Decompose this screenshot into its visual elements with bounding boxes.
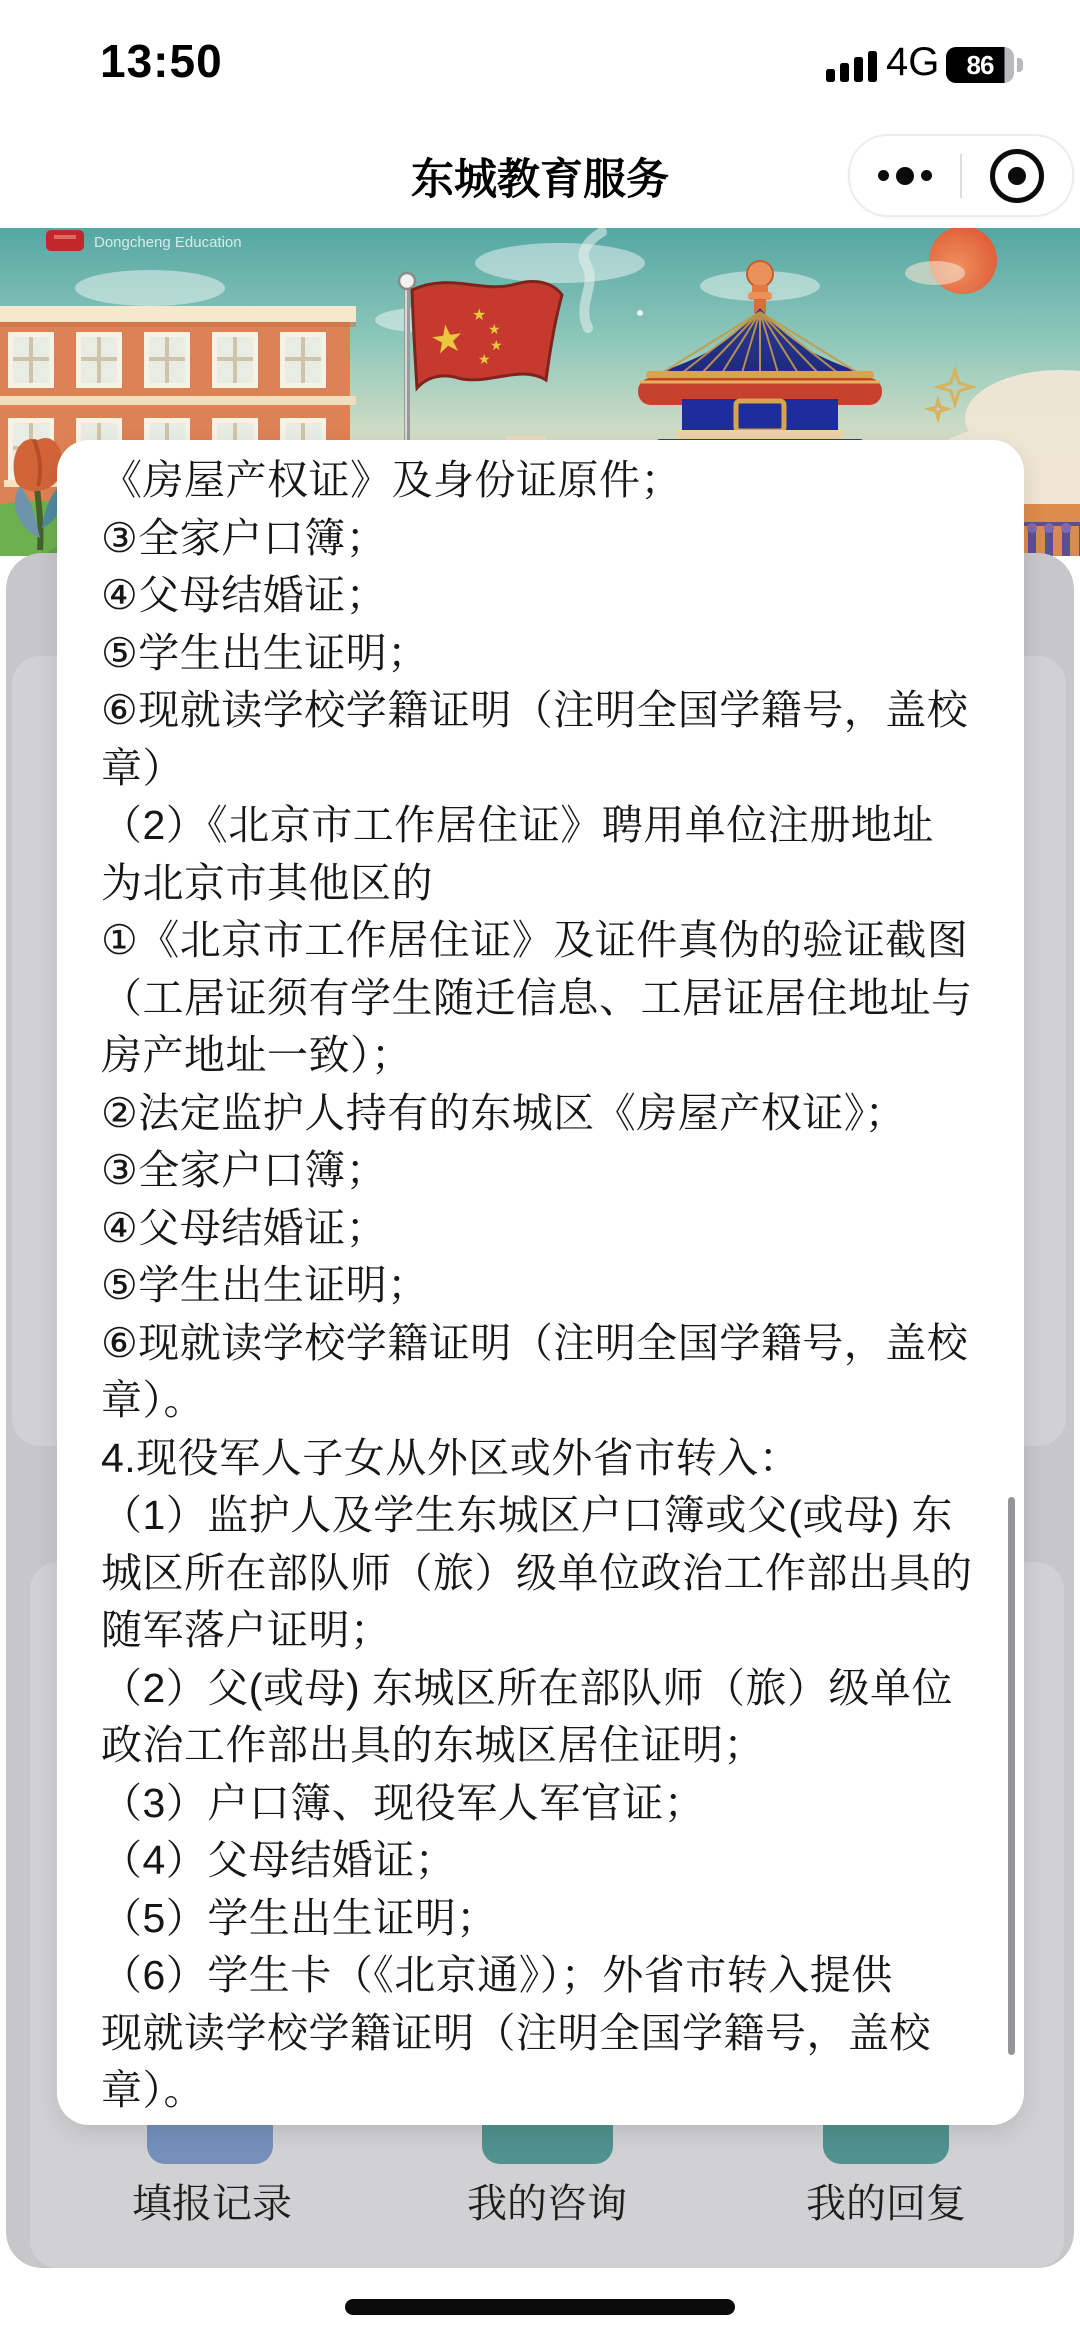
tab-button-consultations[interactable]: [482, 2125, 613, 2164]
document-card[interactable]: 《房屋产权证》及身份证原件； ③全家户口簿； ④父母结婚证； ⑤学生出生证明； …: [57, 440, 1024, 2125]
document-text: 《房屋产权证》及身份证原件； ③全家户口簿； ④父母结婚证； ⑤学生出生证明； …: [101, 452, 1001, 2120]
tab-button-records[interactable]: [147, 2125, 273, 2164]
more-dots-icon: [878, 167, 932, 185]
battery-percent: 86: [967, 50, 994, 81]
close-minimize-button[interactable]: [962, 136, 1072, 215]
tab-label-consultations[interactable]: 我的咨询: [467, 2172, 627, 2229]
svg-text:★: ★: [478, 351, 491, 367]
svg-text:★: ★: [490, 337, 503, 353]
signal-strength-icon: [826, 50, 877, 82]
svg-text:★: ★: [488, 321, 501, 337]
network-type-label: 4G: [886, 40, 939, 85]
target-circle-icon: [990, 149, 1044, 203]
svg-text:★: ★: [472, 307, 486, 324]
svg-text:★: ★: [428, 317, 468, 363]
tab-button-replies[interactable]: [823, 2125, 949, 2164]
scrollbar-thumb[interactable]: [1008, 1497, 1015, 2055]
tab-label-replies[interactable]: 我的回复: [806, 2172, 966, 2229]
home-indicator[interactable]: [345, 2299, 735, 2315]
status-time: 13:50: [100, 34, 223, 88]
more-menu-button[interactable]: [850, 136, 960, 215]
miniprogram-capsule: [848, 134, 1074, 217]
tab-label-records[interactable]: 填报记录: [132, 2172, 292, 2229]
battery-icon: 86: [946, 47, 1014, 83]
battery-nub: [1017, 58, 1023, 72]
dongcheng-logo: Dongcheng Education: [46, 230, 242, 251]
logo-text: Dongcheng Education: [94, 234, 242, 251]
